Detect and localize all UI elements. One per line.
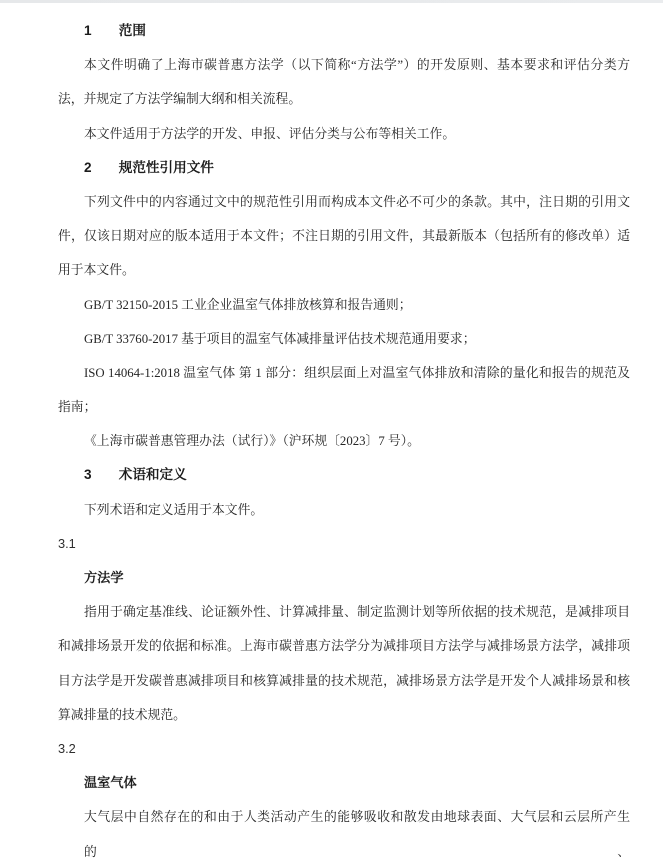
paragraph-line: 法，并规定了方法学编制大纲和相关流程。 xyxy=(58,82,630,116)
paragraph-line: 件，仅该日期对应的版本适用于本文件；不注日期的引用文件，其最新版本（包括所有的修… xyxy=(58,219,630,253)
section-heading: 1 范围 xyxy=(58,14,630,48)
paragraph-line: ISO 14064-1:2018 温室气体 第 1 部分：组织层面上对温室气体排… xyxy=(58,356,630,390)
paragraph-line: 大气层中自然存在的和由于人类活动产生的能够吸收和散发由地球表面、大气层和云层所产… xyxy=(58,800,630,834)
term-heading: 方法学 xyxy=(58,561,630,595)
paragraph-line: 目方法学是开发碳普惠减排项目和核算减排量的技术规范，减排场景方法学是开发个人减排… xyxy=(58,664,630,698)
paragraph-line: 下列术语和定义适用于本文件。 xyxy=(58,493,630,527)
paragraph-line: 指用于确定基准线、论证额外性、计算减排量、制定监测计划等所依据的技术规范，是减排… xyxy=(58,595,630,629)
paragraph-line: GB/T 33760-2017 基于项目的温室气体减排量评估技术规范通用要求； xyxy=(58,322,630,356)
paragraph-line: 指南； xyxy=(58,390,630,424)
paragraph-line: 本文件适用于方法学的开发、申报、评估分类与公布等相关工作。 xyxy=(58,117,630,151)
section-heading: 2 规范性引用文件 xyxy=(58,151,630,185)
scan-artifact-top-edge xyxy=(0,0,663,3)
paragraph-line: 下列文件中的内容通过文中的规范性引用而构成本文件必不可少的条款。其中，注日期的引… xyxy=(58,185,630,219)
clause-number: 3.2 xyxy=(58,732,630,766)
document-body: 1 范围本文件明确了上海市碳普惠方法学（以下简称“方法学”）的开发原则、基本要求… xyxy=(58,14,630,835)
paragraph-line: 用于本文件。 xyxy=(58,253,630,287)
paragraph-line: 算减排量的技术规范。 xyxy=(58,698,630,732)
section-heading: 3 术语和定义 xyxy=(58,458,630,492)
term-heading: 温室气体 xyxy=(58,766,630,800)
paragraph-line: GB/T 32150-2015 工业企业温室气体排放核算和报告通则； xyxy=(58,288,630,322)
paragraph-line: 《上海市碳普惠管理办法（试行）》（沪环规〔2023〕7 号）。 xyxy=(58,424,630,458)
paragraph-line: 本文件明确了上海市碳普惠方法学（以下简称“方法学”）的开发原则、基本要求和评估分… xyxy=(58,48,630,82)
document-page: 1 范围本文件明确了上海市碳普惠方法学（以下简称“方法学”）的开发原则、基本要求… xyxy=(0,0,663,859)
clause-number: 3.1 xyxy=(58,527,630,561)
paragraph-line: 和减排场景开发的依据和标准。上海市碳普惠方法学分为减排项目方法学与减排场景方法学… xyxy=(58,629,630,663)
